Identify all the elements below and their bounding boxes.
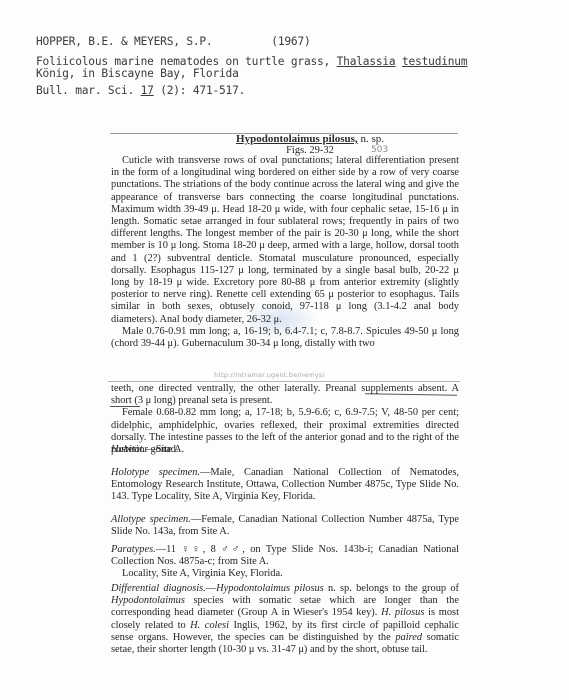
paratypes-section: Paratypes.—11 ♀♀, 8 ♂♂, on Type Slide No…: [111, 544, 459, 581]
locality-line: Locality, Site A, Virginia Key, Florida.: [111, 568, 459, 580]
clipping-join-rule: [108, 381, 460, 382]
citation-volume: 17: [141, 84, 154, 97]
holotype-section: Holotype specimen.—Male, Canadian Nation…: [111, 467, 459, 504]
description-block: Cuticle with transverse rows of oval pun…: [111, 155, 459, 350]
diagnosis-label: Differential diagnosis.: [111, 583, 206, 594]
habitat-label: Habitat.: [111, 444, 145, 455]
continuation-paragraph: teeth, one directed ventrally, the other…: [111, 383, 459, 407]
paratypes-label: Paratypes.: [111, 544, 156, 555]
diagnosis-section: Differential diagnosis.—Hypodontolaimus …: [111, 583, 459, 656]
citation-genus: Thalassia: [337, 55, 396, 68]
holotype-label: Holotype specimen.: [111, 467, 200, 478]
citation-journal: Bull. mar. Sci. 17 (2): 471-517.: [36, 84, 245, 97]
citation-authors: HOPPER, B.E. & MEYERS, S.P.: [36, 35, 212, 48]
citation-species: testudinum: [402, 55, 467, 68]
pencil-underline: [110, 405, 140, 407]
allotype-section: Allotype specimen.—Female, Canadian Nati…: [111, 514, 459, 538]
habitat-section: Habitat.—Site A.: [111, 444, 459, 456]
citation-year: (1967): [271, 35, 310, 48]
citation-title: Foliicolous marine nematodes on turtle g…: [36, 56, 467, 80]
description-paragraph: Cuticle with transverse rows of oval pun…: [111, 155, 459, 326]
handwritten-page-number: 503: [371, 145, 388, 155]
citation-authors-line: HOPPER, B.E. & MEYERS, S.P. (1967): [36, 35, 311, 48]
reference-card: HOPPER, B.E. & MEYERS, S.P. (1967) Folii…: [0, 0, 569, 700]
species-name: Hypodontolaimus pilosus,: [236, 133, 358, 145]
male-paragraph: Male 0.76-0.91 mm long; a, 16-19; b, 6.4…: [111, 326, 459, 350]
allotype-label: Allotype specimen.: [111, 514, 191, 525]
watermark-url: http://intramar.ugent.be/nemys/: [214, 371, 325, 379]
species-heading: Hypodontolaimus pilosus, n. sp.: [100, 134, 520, 145]
